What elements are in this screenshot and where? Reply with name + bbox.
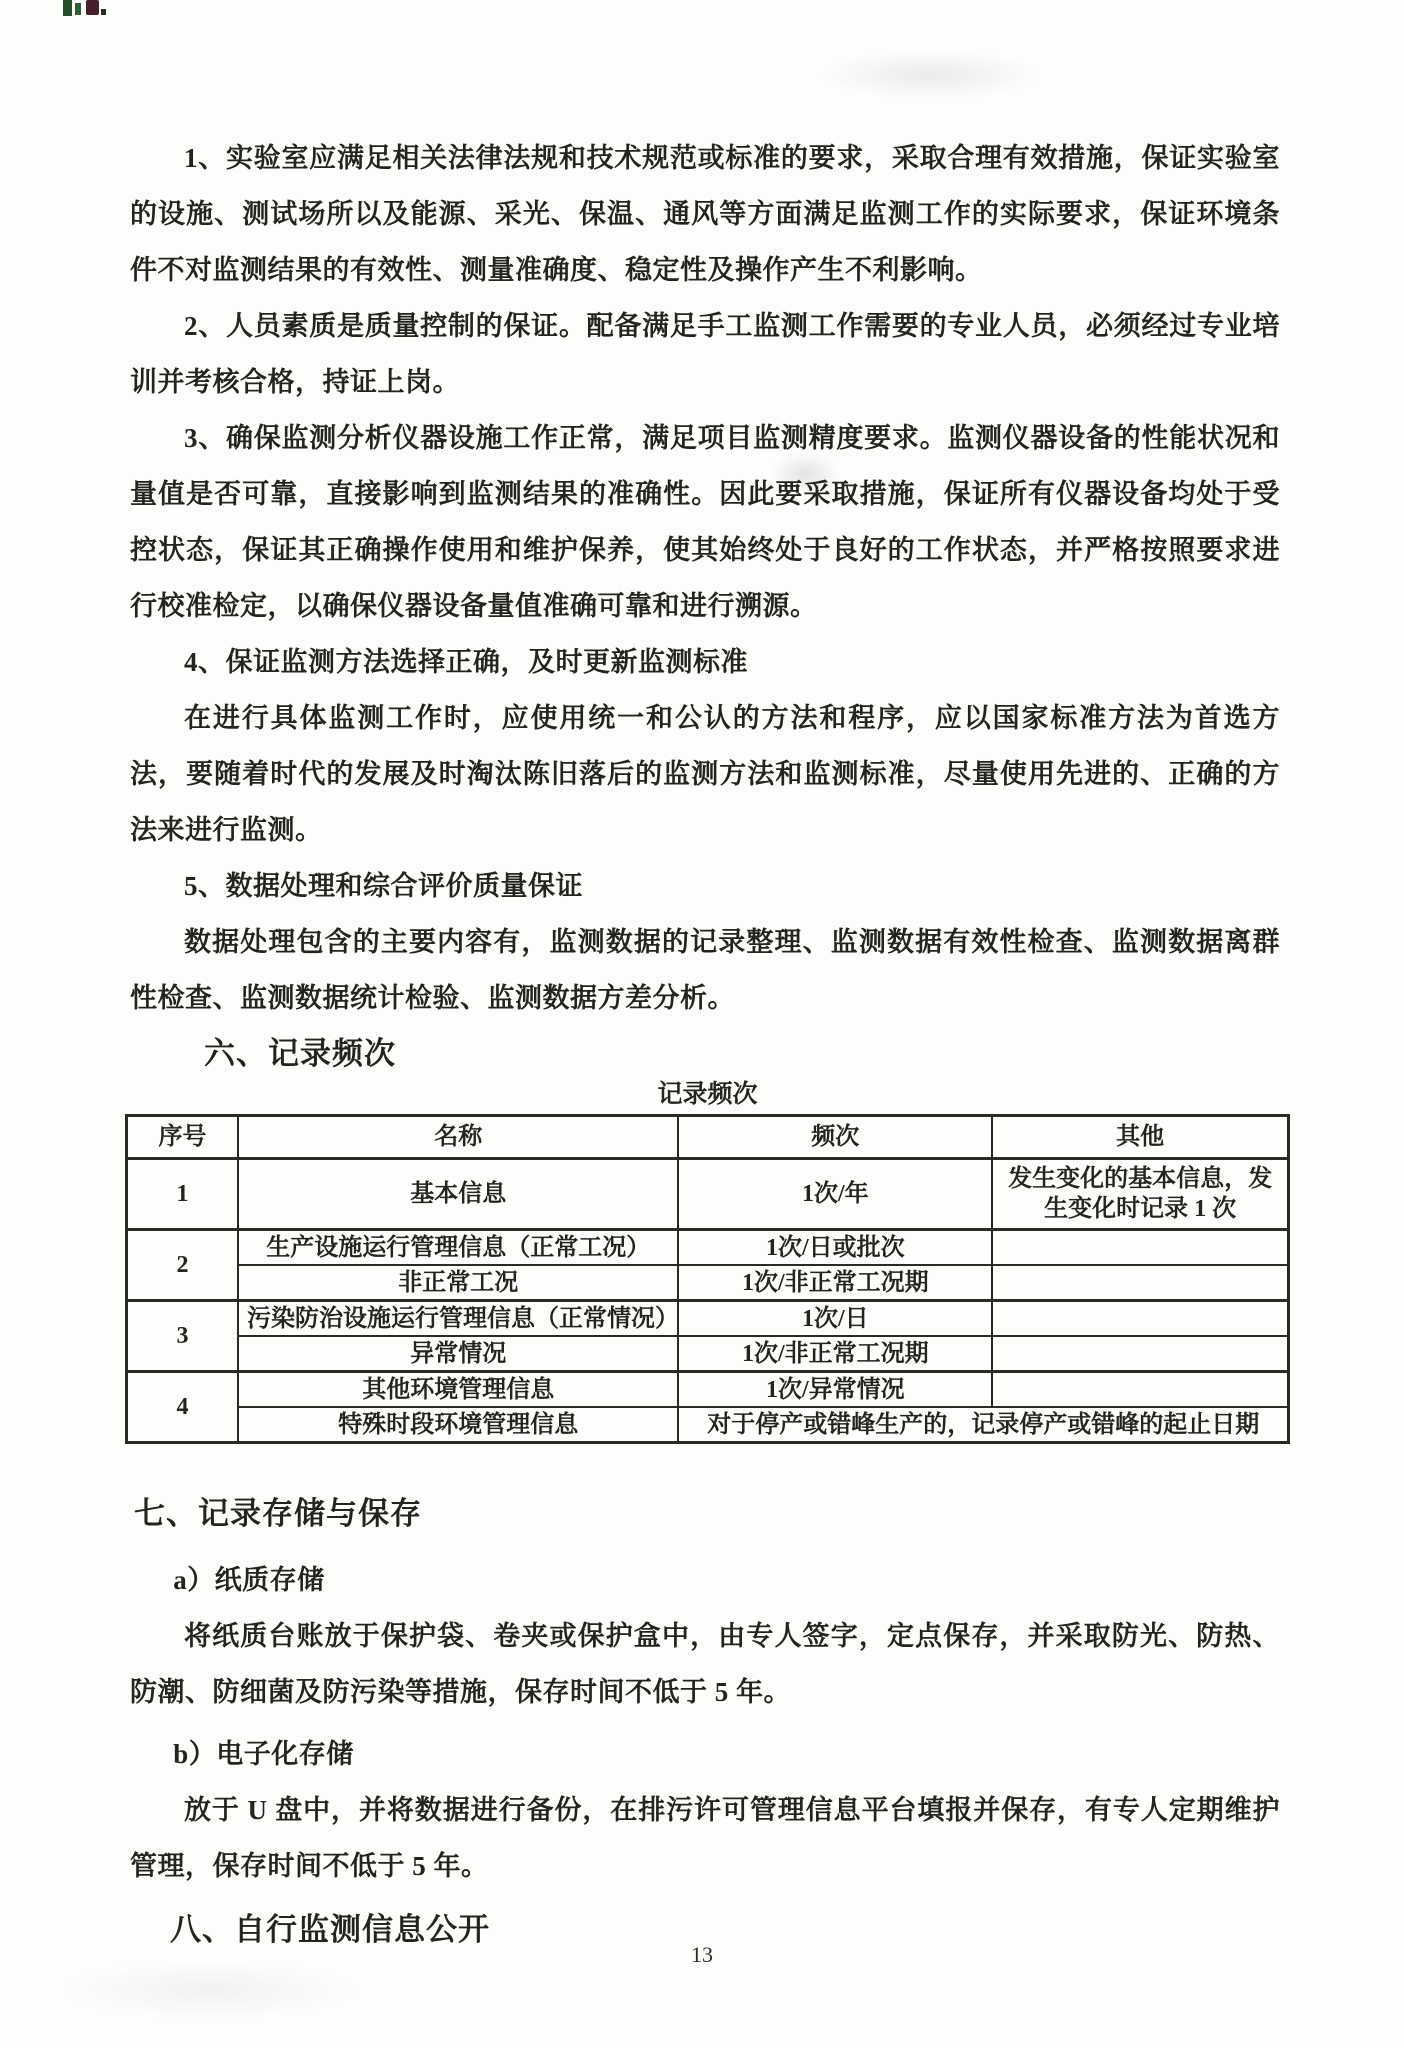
cell-other-empty: [992, 1301, 1288, 1337]
table-row: 4 其他环境管理信息 1次/异常情况: [127, 1372, 1289, 1408]
table-header-row: 序号 名称 频次 其他: [127, 1116, 1289, 1159]
record-frequency-table: 序号 名称 频次 其他 1 基本信息 1次/年 发生变化的基本信息，发生变化时记…: [125, 1114, 1290, 1444]
scan-smudge: [60, 1960, 360, 2020]
table-row: 特殊时段环境管理信息 对于停产或错峰生产的，记录停产或错峰的起止日期: [127, 1407, 1289, 1443]
paragraph-6: 5、数据处理和综合评价质量保证: [130, 858, 1280, 914]
cell-freq: 1次/年: [678, 1159, 992, 1230]
paragraph-7: 数据处理包含的主要内容有，监测数据的记录整理、监测数据有效性检查、监测数据离群性…: [130, 914, 1280, 1026]
section-heading-record-frequency: 六、记录频次: [204, 1030, 1280, 1078]
scan-smudge: [820, 50, 1040, 100]
cell-other-empty: [992, 1336, 1288, 1372]
paragraph-2: 2、人员素质是质量控制的保证。配备满足手工监测工作需要的专业人员，必须经过专业培…: [130, 298, 1280, 410]
table-row: 2 生产设施运行管理信息（正常工况） 1次/日或批次: [127, 1230, 1289, 1266]
table-title: 记录频次: [125, 1078, 1290, 1110]
cell-other-empty: [992, 1230, 1288, 1266]
table-row: 异常情况 1次/非正常工况期: [127, 1336, 1289, 1372]
cell-freq: 1次/异常情况: [678, 1372, 992, 1408]
document-page: 1、实验室应满足相关法律法规和技术规范或标准的要求，采取合理有效措施，保证实验室…: [0, 0, 1404, 2048]
header-cell-name: 名称: [238, 1116, 678, 1159]
cell-freq: 1次/日或批次: [678, 1230, 992, 1266]
section-heading-record-storage: 七、记录存储与保存: [134, 1490, 1280, 1538]
logo-mark: [60, 0, 120, 20]
cell-name: 非正常工况: [238, 1265, 678, 1301]
cell-freq: 1次/非正常工况期: [678, 1336, 992, 1372]
item-a-label: a）纸质存储: [130, 1552, 1280, 1608]
cell-name: 异常情况: [238, 1336, 678, 1372]
cell-no: 1: [127, 1159, 239, 1230]
header-cell-other: 其他: [992, 1116, 1288, 1159]
cell-name: 特殊时段环境管理信息: [238, 1407, 678, 1443]
item-b-label: b）电子化存储: [130, 1726, 1280, 1782]
cell-name: 其他环境管理信息: [238, 1372, 678, 1408]
cell-freq: 1次/非正常工况期: [678, 1265, 992, 1301]
cell-no: 4: [127, 1372, 239, 1443]
cell-freq-note: 对于停产或错峰生产的，记录停产或错峰的起止日期: [678, 1407, 1288, 1443]
paragraph-5: 在进行具体监测工作时，应使用统一和公认的方法和程序，应以国家标准方法为首选方法，…: [130, 690, 1280, 858]
header-cell-no: 序号: [127, 1116, 239, 1159]
cell-name: 基本信息: [238, 1159, 678, 1230]
page-content: 1、实验室应满足相关法律法规和技术规范或标准的要求，采取合理有效措施，保证实验室…: [130, 130, 1280, 1954]
table-row: 3 污染防治设施运行管理信息（正常情况） 1次/日: [127, 1301, 1289, 1337]
paragraph-4: 4、保证监测方法选择正确，及时更新监测标准: [130, 634, 1280, 690]
logo-fragment-dark: [101, 9, 106, 15]
logo-fragment-maroon: [86, 0, 99, 15]
cell-name: 污染防治设施运行管理信息（正常情况）: [238, 1301, 678, 1337]
page-number: 13: [0, 1942, 1404, 1968]
table-row: 非正常工况 1次/非正常工况期: [127, 1265, 1289, 1301]
cell-no: 2: [127, 1230, 239, 1301]
paragraph-1: 1、实验室应满足相关法律法规和技术规范或标准的要求，采取合理有效措施，保证实验室…: [130, 130, 1280, 298]
table-row: 1 基本信息 1次/年 发生变化的基本信息，发生变化时记录 1 次: [127, 1159, 1289, 1230]
cell-other-empty: [992, 1372, 1288, 1408]
cell-name: 生产设施运行管理信息（正常工况）: [238, 1230, 678, 1266]
cell-other: 发生变化的基本信息，发生变化时记录 1 次: [992, 1159, 1288, 1230]
item-a-text: 将纸质台账放于保护袋、卷夹或保护盒中，由专人签字，定点保存，并采取防光、防热、防…: [130, 1608, 1280, 1720]
logo-fragment-green: [75, 3, 81, 15]
item-b-text: 放于 U 盘中，并将数据进行备份，在排污许可管理信息平台填报并保存，有专人定期维…: [130, 1782, 1280, 1894]
cell-freq: 1次/日: [678, 1301, 992, 1337]
cell-no: 3: [127, 1301, 239, 1372]
cell-other-empty: [992, 1265, 1288, 1301]
header-cell-freq: 频次: [678, 1116, 992, 1159]
logo-fragment-green: [63, 0, 72, 16]
paragraph-3: 3、确保监测分析仪器设施工作正常，满足项目监测精度要求。监测仪器设备的性能状况和…: [130, 410, 1280, 634]
